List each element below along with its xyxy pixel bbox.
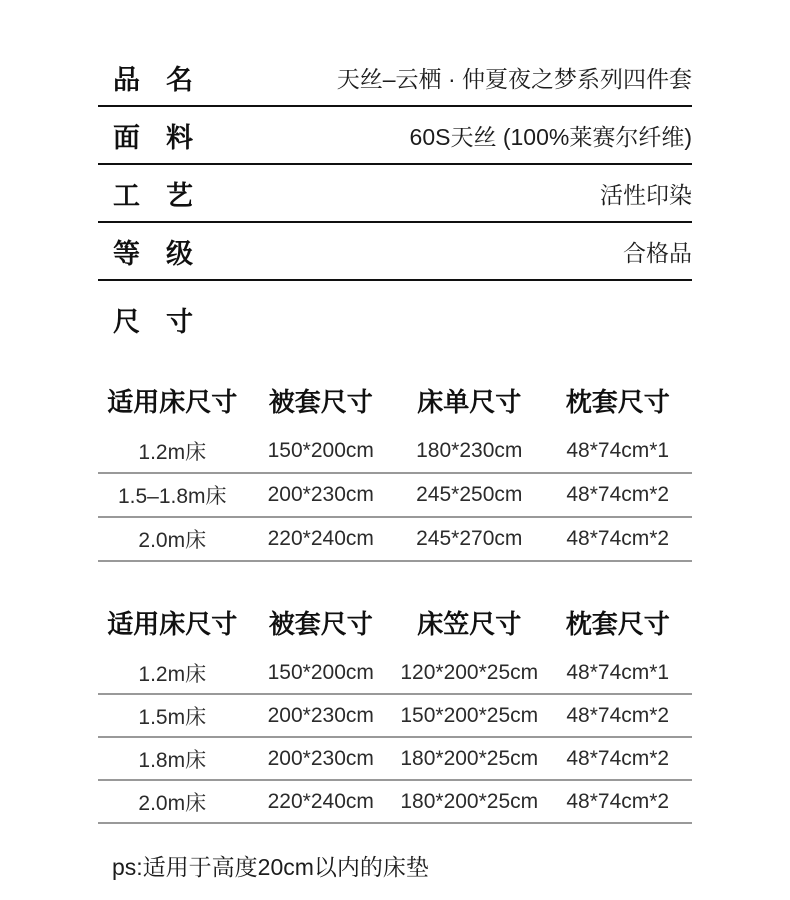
column-header-pillowcase: 枕套尺寸 [544, 604, 693, 641]
cell-duvet-cover: 220*240cm [247, 790, 396, 814]
spec-label-size: 尺寸 [98, 300, 219, 339]
cell-duvet-cover: 220*240cm [247, 527, 396, 551]
spec-label-craft: 工艺 [98, 174, 219, 213]
cell-fitted-sheet: 120*200*25cm [395, 661, 544, 685]
column-header-flat-sheet: 床单尺寸 [395, 382, 544, 419]
spec-row-size: 尺寸 [98, 281, 692, 357]
spec-row-craft: 工艺 活性印染 [98, 165, 692, 223]
cell-bed-size: 1.5m床 [98, 701, 247, 731]
cell-flat-sheet: 245*270cm [395, 527, 544, 551]
spec-label-grade: 等级 [98, 232, 219, 271]
spec-row-product-name: 品名 天丝–云栖 · 仲夏夜之梦系列四件套 [98, 49, 692, 107]
cell-duvet-cover: 200*230cm [247, 747, 396, 771]
cell-fitted-sheet: 180*200*25cm [395, 790, 544, 814]
table-row: 1.2m床 150*200cm 120*200*25cm 48*74cm*1 [98, 652, 692, 695]
cell-duvet-cover: 150*200cm [247, 439, 396, 463]
column-header-fitted-sheet: 床笠尺寸 [395, 604, 544, 641]
column-header-duvet-cover: 被套尺寸 [247, 382, 396, 419]
cell-pillowcase: 48*74cm*2 [544, 704, 693, 728]
table-row: 1.2m床 150*200cm 180*230cm 48*74cm*1 [98, 430, 692, 474]
spec-value-fabric: 60S天丝 (100%莱赛尔纤维) [410, 119, 692, 152]
cell-pillowcase: 48*74cm*2 [544, 747, 693, 771]
cell-pillowcase: 48*74cm*1 [544, 661, 693, 685]
cell-duvet-cover: 150*200cm [247, 661, 396, 685]
cell-pillowcase: 48*74cm*2 [544, 483, 693, 507]
spec-value-grade: 合格品 [623, 235, 692, 268]
column-header-bed-size: 适用床尺寸 [98, 382, 247, 419]
cell-flat-sheet: 180*230cm [395, 439, 544, 463]
table-row: 2.0m床 220*240cm 180*200*25cm 48*74cm*2 [98, 781, 692, 824]
spec-row-grade: 等级 合格品 [98, 223, 692, 281]
table-row: 1.5m床 200*230cm 150*200*25cm 48*74cm*2 [98, 695, 692, 738]
cell-pillowcase: 48*74cm*2 [544, 790, 693, 814]
table-row: 1.8m床 200*230cm 180*200*25cm 48*74cm*2 [98, 738, 692, 781]
product-spec-sheet: 品名 天丝–云栖 · 仲夏夜之梦系列四件套 面料 60S天丝 (100%莱赛尔纤… [0, 0, 790, 900]
table-row: 1.5–1.8m床 200*230cm 245*250cm 48*74cm*2 [98, 474, 692, 518]
cell-fitted-sheet: 180*200*25cm [395, 747, 544, 771]
size-table-fitted-sheet: 适用床尺寸 被套尺寸 床笠尺寸 枕套尺寸 1.2m床 150*200cm 120… [98, 592, 692, 824]
cell-duvet-cover: 200*230cm [247, 483, 396, 507]
size-table-flat-sheet: 适用床尺寸 被套尺寸 床单尺寸 枕套尺寸 1.2m床 150*200cm 180… [98, 370, 692, 562]
spec-list: 品名 天丝–云栖 · 仲夏夜之梦系列四件套 面料 60S天丝 (100%莱赛尔纤… [98, 49, 692, 357]
table-header-row: 适用床尺寸 被套尺寸 床单尺寸 枕套尺寸 [98, 370, 692, 430]
spec-value-product-name: 天丝–云栖 · 仲夏夜之梦系列四件套 [337, 61, 692, 94]
spec-label-fabric: 面料 [98, 116, 219, 155]
column-header-bed-size: 适用床尺寸 [98, 604, 247, 641]
cell-pillowcase: 48*74cm*2 [544, 527, 693, 551]
cell-bed-size: 1.8m床 [98, 744, 247, 774]
spec-label-product-name: 品名 [98, 58, 219, 97]
cell-bed-size: 1.2m床 [98, 436, 247, 466]
column-header-pillowcase: 枕套尺寸 [544, 382, 693, 419]
cell-flat-sheet: 245*250cm [395, 483, 544, 507]
spec-content: 品名 天丝–云栖 · 仲夏夜之梦系列四件套 面料 60S天丝 (100%莱赛尔纤… [98, 0, 692, 882]
cell-bed-size: 1.2m床 [98, 658, 247, 688]
cell-bed-size: 1.5–1.8m床 [98, 480, 247, 510]
ps-note: ps:适用于高度20cm以内的床垫 [98, 849, 692, 882]
cell-bed-size: 2.0m床 [98, 524, 247, 554]
spec-value-craft: 活性印染 [600, 177, 692, 210]
cell-pillowcase: 48*74cm*1 [544, 439, 693, 463]
cell-fitted-sheet: 150*200*25cm [395, 704, 544, 728]
column-header-duvet-cover: 被套尺寸 [247, 604, 396, 641]
spec-row-fabric: 面料 60S天丝 (100%莱赛尔纤维) [98, 107, 692, 165]
cell-duvet-cover: 200*230cm [247, 704, 396, 728]
table-row: 2.0m床 220*240cm 245*270cm 48*74cm*2 [98, 518, 692, 562]
table-header-row: 适用床尺寸 被套尺寸 床笠尺寸 枕套尺寸 [98, 592, 692, 652]
cell-bed-size: 2.0m床 [98, 787, 247, 817]
